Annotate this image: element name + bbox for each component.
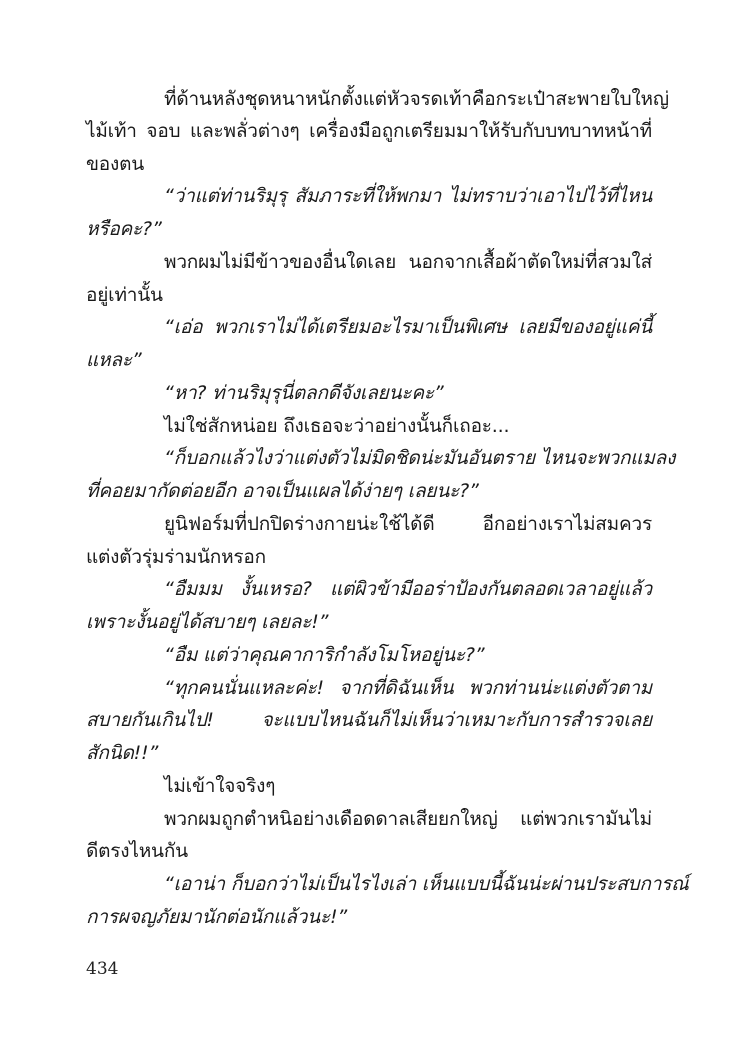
dialogue-line: การผจญภัยมานักต่อนักแล้วนะ!”: [86, 904, 347, 930]
dialogue-line: เพราะงั้นอยู่ได้สบายๆ เลยละ!”: [86, 609, 328, 635]
dialogue-line: “ว่าแต่ท่านริมุรุ สัมภาระที่ให้พกมา ไม่ท…: [164, 183, 652, 209]
dialogue-line: “หา? ท่านริมุรุนี่ตลกดีจังเลยนะคะ”: [164, 380, 444, 406]
dialogue-line: สบายกันเกินไป! จะแบบไหนฉันก็ไม่เห็นว่าเห…: [86, 707, 652, 733]
dialogue-line: “เอาน่า ก็บอกว่าไม่เป็นไรไงเล่า เห็นแบบน…: [164, 871, 652, 897]
text-line: ที่ด้านหลังชุดหนาหนักตั้งแต่หัวจรดเท้าคื…: [164, 86, 652, 112]
dialogue-line: สักนิด!!”: [86, 740, 158, 766]
dialogue-line: “ทุกคนนั่นแหละค่ะ! จากที่ดิฉันเห็น พวกท่…: [164, 675, 652, 701]
text-line: อยู่เท่านั้น: [86, 282, 163, 308]
text-line: พวกผมไม่มีข้าวของอื่นใดเลย นอกจากเสื้อผ้…: [164, 249, 652, 275]
text-line: ไม่ใช่สักหน่อย ถึงเธอจะว่าอย่างนั้นก็เถอ…: [164, 413, 509, 439]
dialogue-line: “อืม แต่ว่าคุณคาการิกำลังโมโหอยู่นะ?”: [164, 642, 484, 668]
dialogue-line: หรือคะ?”: [86, 216, 162, 242]
dialogue-line: แหละ”: [86, 347, 141, 373]
text-line: ยูนิฟอร์มที่ปกปิดร่างกายน่ะใช้ได้ดี อีกอ…: [164, 511, 652, 537]
text-line: ดีตรงไหนกัน: [86, 838, 188, 864]
dialogue-line: ที่คอยมากัดต่อยอีก อาจเป็นแผลได้ง่ายๆ เล…: [86, 478, 479, 504]
page-number: 434: [86, 958, 118, 980]
text-line: แต่งตัวรุ่มร่ามนักหรอก: [86, 544, 266, 570]
text-line: พวกผมถูกตำหนิอย่างเดือดดาลเสียยกใหญ่ แต่…: [164, 806, 652, 832]
text-line: ของตน: [86, 151, 144, 177]
text-line: ไม้เท้า จอบ และพลั่วต่างๆ เครื่องมือถูกเ…: [86, 118, 652, 144]
dialogue-line: “ก็บอกแล้วไงว่าแต่งตัวไม่มิดชิดน่ะมันอัน…: [164, 445, 652, 471]
text-line: ไม่เข้าใจจริงๆ: [164, 773, 275, 799]
dialogue-line: “อืมมม งั้นเหรอ? แต่ผิวข้ามีออร่าป้องกัน…: [164, 576, 652, 602]
book-page: ที่ด้านหลังชุดหนาหนักตั้งแต่หัวจรดเท้าคื…: [0, 0, 738, 1051]
dialogue-line: “เอ่อ พวกเราไม่ได้เตรียมอะไรมาเป็นพิเศษ …: [164, 314, 652, 340]
